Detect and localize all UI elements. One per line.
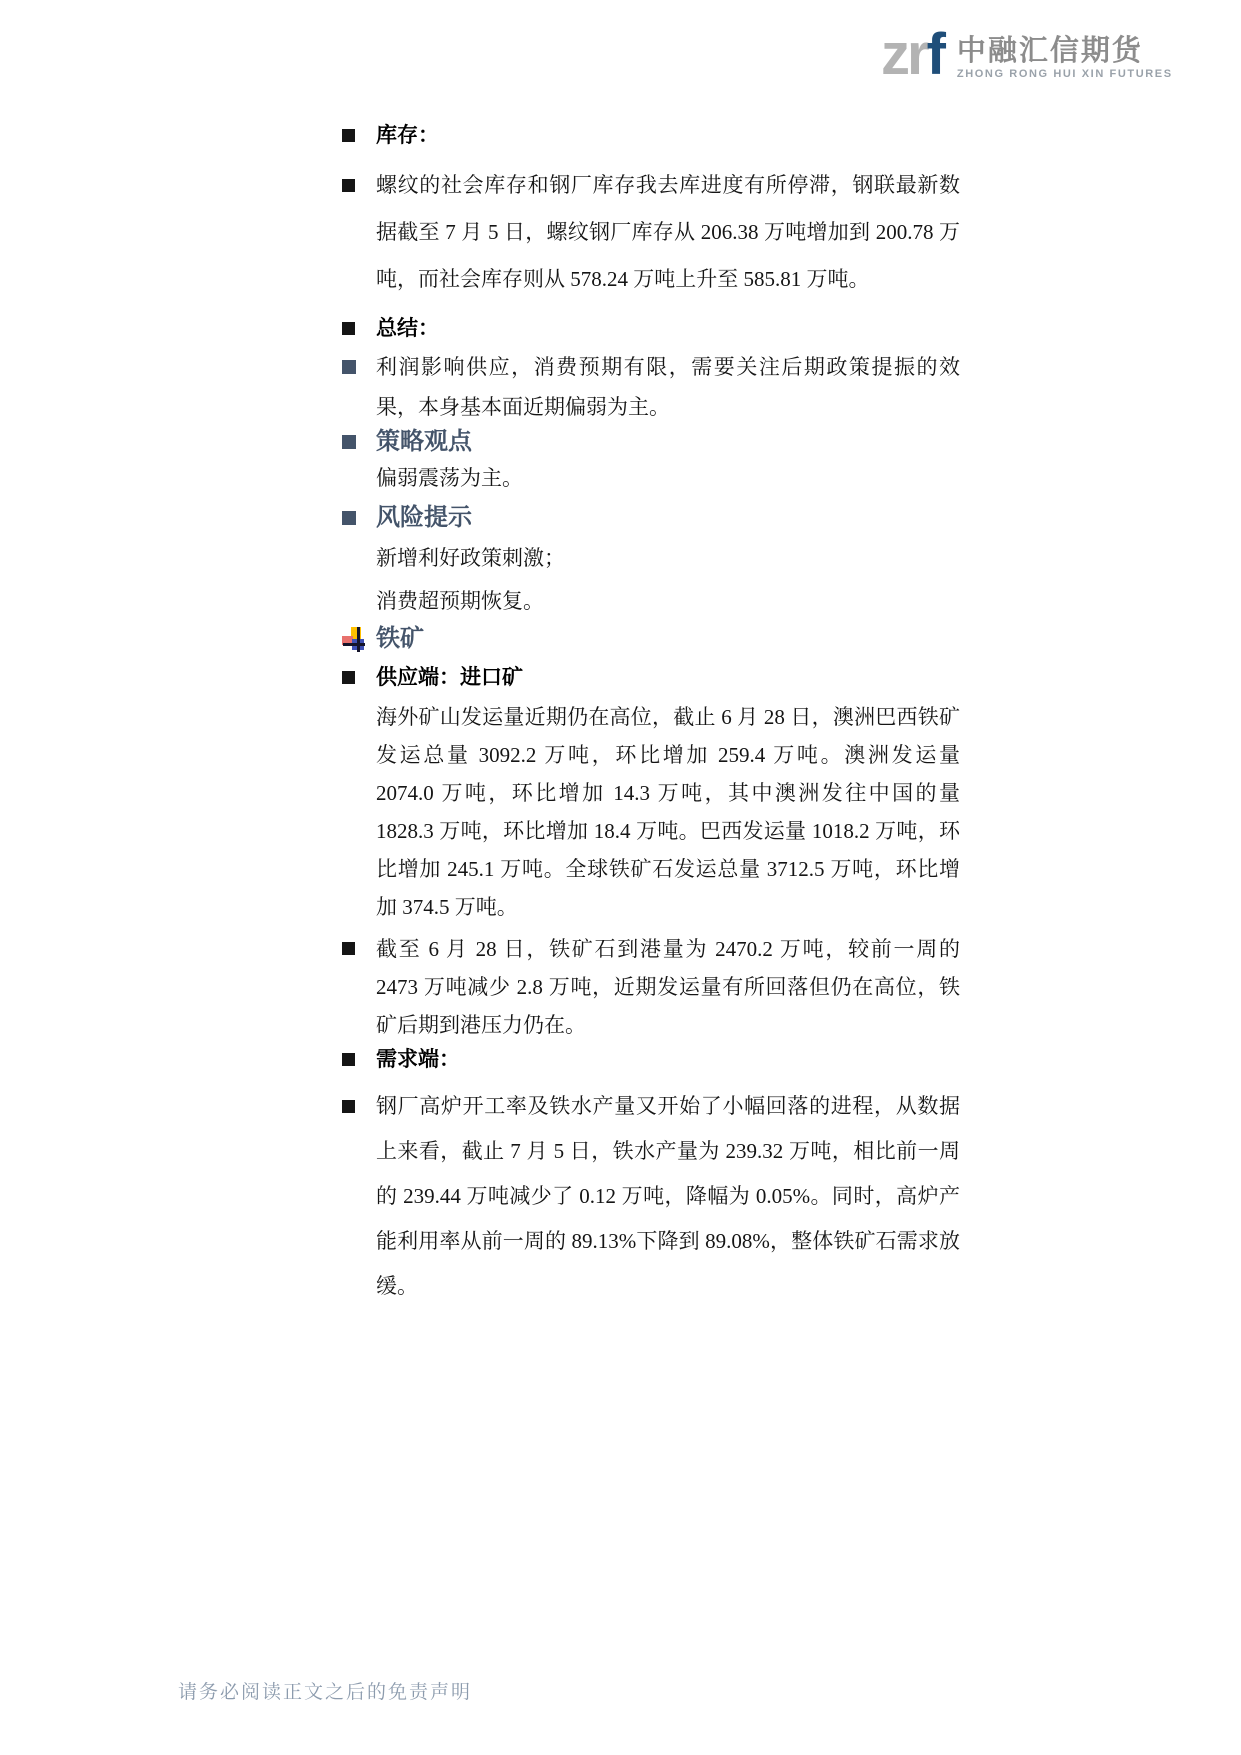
logo-f-text: f [927,22,943,87]
square-bullet-slate-icon [342,360,356,374]
square-bullet-icon [342,1053,355,1066]
section-label-inventory: 库存： [340,122,960,150]
heading-risk-warning: 风险提示 [340,503,960,533]
blue-heading-text: 铁矿 [376,624,960,654]
heading-strategy-view: 策略观点 [340,427,960,457]
arrivals-paragraph: 截至 6 月 28 日，铁矿石到港量为 2470.2 万吨，较前一周的 2473… [340,930,960,1044]
paragraph-text: 利润影响供应，消费预期有限，需要关注后期政策提振的效果，本身基本面近期偏弱为主。 [376,347,960,427]
company-name-chinese: 中融汇信期货 [957,36,1173,67]
report-body: 库存： 螺纹的社会库存和钢厂库存我去库进度有所停滞，钢联最新数据截至 7 月 5… [340,122,960,1309]
paragraph-text: 钢厂高炉开工率及铁水产量又开始了小幅回落的进程，从数据上来看，截止 7 月 5 … [376,1084,960,1309]
company-logo: zrf 中融汇信期货 ZHONG RONG HUI XIN FUTURES [881,26,1173,84]
paragraph-text: 螺纹的社会库存和钢厂库存我去库进度有所停滞，钢联最新数据截至 7 月 5 日，螺… [376,162,960,303]
inventory-paragraph: 螺纹的社会库存和钢厂库存我去库进度有所停滞，钢联最新数据截至 7 月 5 日，螺… [340,162,960,303]
paragraph-text: 新增利好政策刺激； [376,543,960,573]
risk-item-consumption: 消费超预期恢复。 [340,586,960,616]
square-bullet-slate-icon [342,511,356,525]
square-bullet-icon [342,671,355,684]
paragraph-text: 偏弱震荡为主。 [376,463,960,493]
square-bullet-icon [342,942,355,955]
square-bullet-icon [342,129,355,142]
square-bullet-icon [342,179,355,192]
logo-zrf-wordmark: zrf [881,26,943,84]
demand-paragraph: 钢厂高炉开工率及铁水产量又开始了小幅回落的进程，从数据上来看，截止 7 月 5 … [340,1084,960,1309]
section-label-text: 总结： [376,315,960,343]
square-bullet-icon [342,322,355,335]
section-label-text: 库存： [376,122,960,150]
company-name-english: ZHONG RONG HUI XIN FUTURES [957,67,1173,81]
risk-item-policy: 新增利好政策刺激； [340,543,960,573]
section-label-supply: 供应端：进口矿 [340,664,960,692]
logo-company-names: 中融汇信期货 ZHONG RONG HUI XIN FUTURES [957,36,1173,81]
logo-zr-text: zr [881,22,927,87]
paragraph-text: 海外矿山发运量近期仍在高位，截止 6 月 28 日，澳洲巴西铁矿发运总量 309… [376,698,960,926]
square-bullet-icon [342,1100,355,1113]
paragraph-text: 消费超预期恢复。 [376,586,960,616]
colored-marker-icon [342,627,366,652]
section-label-summary: 总结： [340,315,960,343]
summary-paragraph: 利润影响供应，消费预期有限，需要关注后期政策提振的效果，本身基本面近期偏弱为主。 [340,347,960,427]
section-label-text: 供应端：进口矿 [376,664,960,692]
section-label-text: 需求端： [376,1046,960,1074]
blue-heading-text: 策略观点 [376,427,960,457]
paragraph-text: 截至 6 月 28 日，铁矿石到港量为 2470.2 万吨，较前一周的 2473… [376,930,960,1044]
section-label-demand: 需求端： [340,1046,960,1074]
square-bullet-slate-icon [342,435,356,449]
strategy-view-paragraph: 偏弱震荡为主。 [340,463,960,493]
heading-iron-ore: 铁矿 [340,624,960,654]
supply-shipments-paragraph: 海外矿山发运量近期仍在高位，截止 6 月 28 日，澳洲巴西铁矿发运总量 309… [340,698,960,926]
disclaimer-footer: 请务必阅读正文之后的免责声明 [178,1680,472,1706]
blue-heading-text: 风险提示 [376,503,960,533]
